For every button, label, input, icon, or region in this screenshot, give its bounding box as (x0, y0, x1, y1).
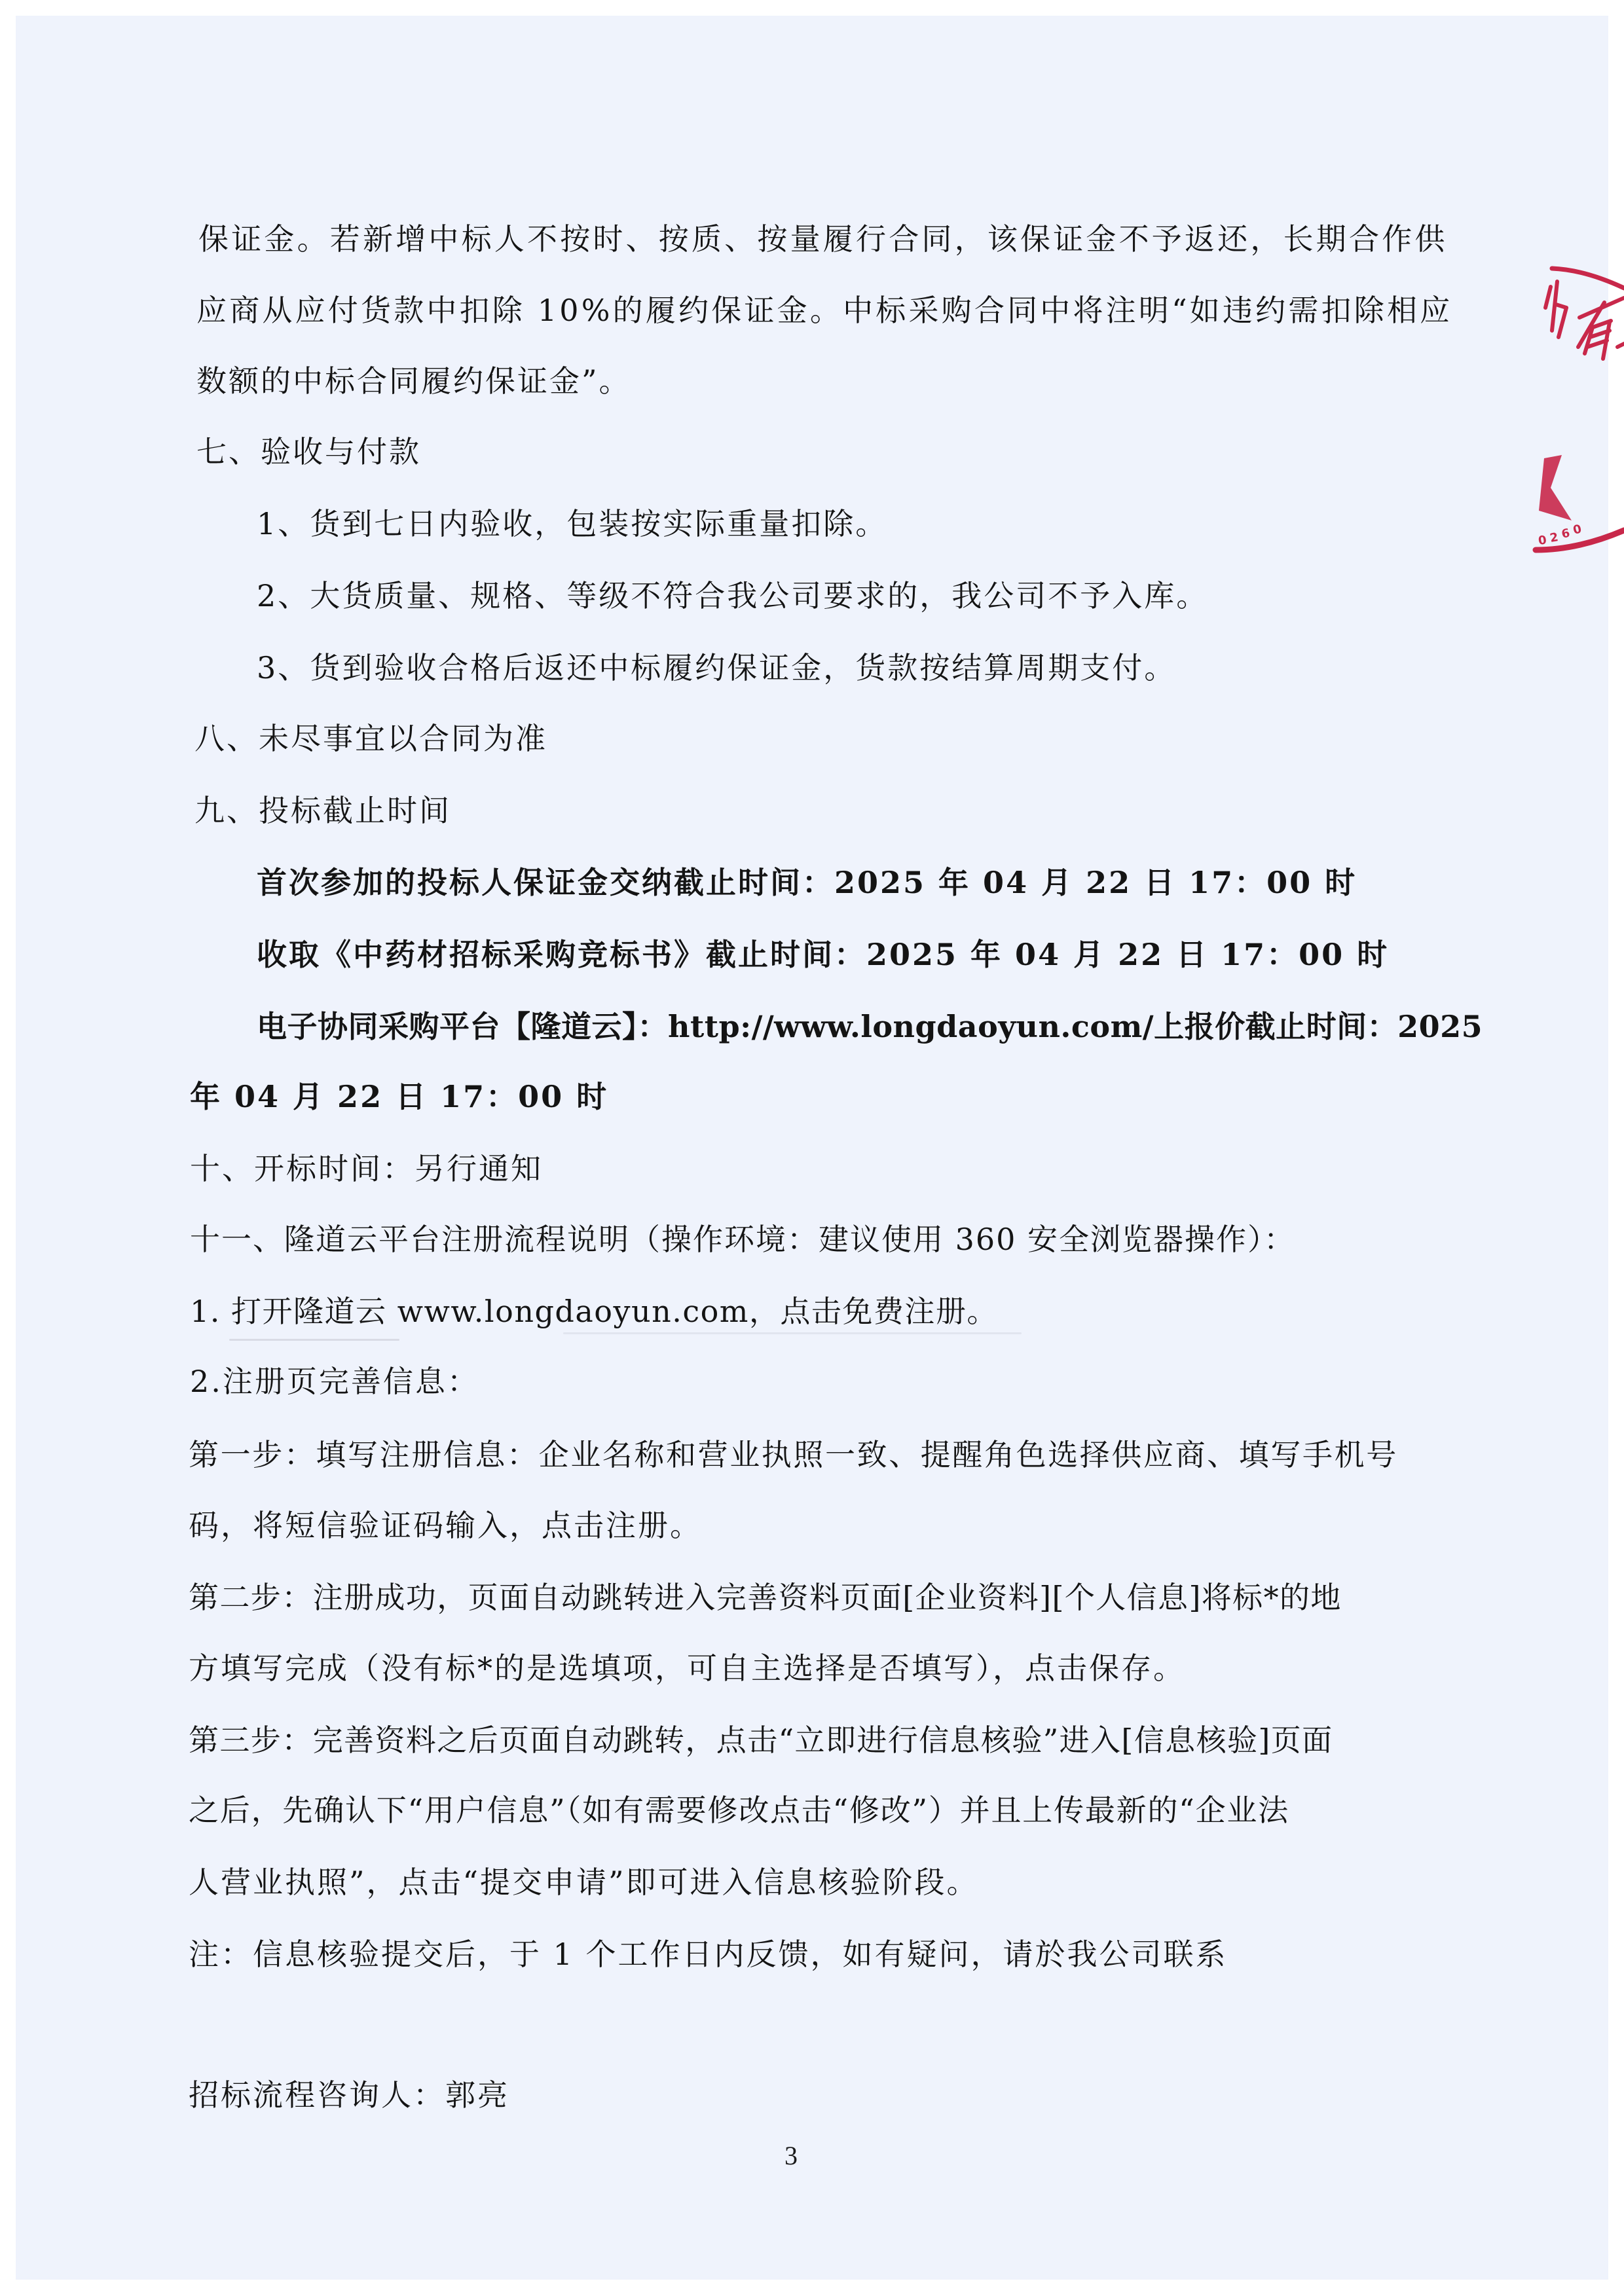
svg-text:6: 6 (1560, 526, 1572, 541)
registration-note: 注：信息核验提交后，于 1 个工作日内反馈，如有疑问，请於我公司联系 (189, 1935, 1228, 1974)
svg-text:0: 0 (1538, 533, 1547, 548)
section-heading-bid-deadline: 九、投标截止时间 (194, 791, 451, 830)
section-heading-acceptance-payment: 七、验收与付款 (196, 432, 421, 471)
text-line-deposit-deduction: 应商从应付货款中扣除 10%的履约保证金。中标采购合同中将注明“如违约需扣除相应 (196, 291, 1452, 330)
deadline-deposit: 首次参加的投标人保证金交纳截止时间：2025 年 04 月 22 日 17：00… (257, 863, 1357, 902)
section-heading-contract-prevails: 八、未尽事宜以合同为准 (194, 719, 547, 758)
deadline-online-quote: 电子协同采购平台【隆道云】：http://www.longdaoyun.com/… (257, 1007, 1483, 1046)
text-line-deposit-note-end: 数额的中标合同履约保证金”。 (196, 361, 631, 401)
deadline-online-quote-cont: 年 04 月 22 日 17：00 时 (190, 1077, 608, 1116)
registration-step-2: 第二步：注册成功，页面自动跳转进入完善资料页面[企业资料][个人信息]将标*的地 (189, 1578, 1342, 1617)
bid-process-contact: 招标流程咨询人：郭亮 (189, 2075, 509, 2115)
svg-text:2: 2 (1549, 530, 1559, 545)
seal-fragment-icon: 0 2 6 0 (1532, 242, 1624, 583)
page-number: 3 (784, 2140, 798, 2172)
company-seal-stamp: 0 2 6 0 (1532, 242, 1624, 583)
registration-step-2-cont: 方填写完成（没有标*的是选填项，可自主选择是否填写），点击保存。 (189, 1649, 1185, 1688)
registration-step-open-site: 1. 打开隆道云 www.longdaoyun.com，点击免费注册。 (190, 1292, 998, 1331)
list-item-acceptance-1: 1、货到七日内验收，包装按实际重量扣除。 (257, 504, 887, 543)
registration-step-1-cont: 码，将短信验证码输入，点击注册。 (189, 1506, 702, 1545)
list-item-acceptance-2: 2、大货质量、规格、等级不符合我公司要求的，我公司不予入库。 (257, 576, 1208, 615)
registration-step-1: 第一步：填写注册信息：企业名称和营业执照一致、提醒角色选择供应商、填写手机号 (189, 1435, 1398, 1474)
registration-step-3-end: 人营业执照”，点击“提交申请”即可进入信息核验阶段。 (189, 1863, 979, 1902)
registration-step-3: 第三步：完善资料之后页面自动跳转，点击“立即进行信息核验”进入[信息核验]页面 (189, 1721, 1333, 1760)
deadline-bid-document: 收取《中药材招标采购竞标书》截止时间：2025 年 04 月 22 日 17：0… (257, 935, 1389, 974)
section-heading-registration: 十一、隆道云平台注册流程说明（操作环境：建议使用 360 安全浏览器操作）： (190, 1220, 1295, 1259)
registration-step-3-cont: 之后，先确认下“用户信息”（如有需要修改点击“修改”）并且上传最新的“企业法 (189, 1791, 1289, 1830)
registration-step-complete-info: 2.注册页完善信息： (190, 1362, 479, 1401)
section-heading-bid-opening: 十、开标时间：另行通知 (190, 1149, 543, 1188)
scan-smudge (229, 1339, 399, 1341)
list-item-acceptance-3: 3、货到验收合格后返还中标履约保证金，货款按结算周期支付。 (257, 648, 1176, 687)
scan-smudge (563, 1332, 1022, 1334)
svg-text:0: 0 (1572, 522, 1583, 537)
text-line-deposit-forfeit: 保证金。若新增中标人不按时、按质、按量履行合同，该保证金不予返还，长期合作供 (198, 219, 1448, 259)
